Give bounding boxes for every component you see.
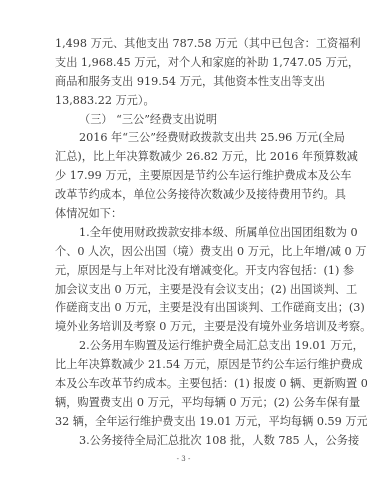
paragraph-start: 2.公务用车购置及运行维护费全局汇总支出 19.01 万元， xyxy=(55,337,315,356)
text-line: 比上年决算数减少 21.54 万元，原因是节约公车运行维护费成 xyxy=(55,356,315,375)
page-number: - 3 - xyxy=(0,455,367,463)
document-page: 1,498 万元、其他支出 787.58 万元（其中已包含：工资福利 支出 1,… xyxy=(0,0,367,500)
text-line: 32 辆，全年运行维护费支出 19.01 万元，平均每辆 0.59 万元。 xyxy=(55,413,315,432)
text-line: 作磋商支出 0 万元，主要是没有出国谈判、工作磋商支出；(3) xyxy=(55,299,315,318)
text-line: 改革节约成本，单位公务接待次数减少及接待费用节约。具 xyxy=(55,186,315,205)
text-line: 支出 1,968.45 万元，对个人和家庭的补助 1,747.05 万元， xyxy=(55,54,315,73)
text-line: 体情况如下： xyxy=(55,205,315,224)
text-line: 13,883.22 万元）。 xyxy=(55,92,315,111)
text-line: 辆，购置费支出 0 万元，平均每辆 0 万元；(2) 公务车保有量 xyxy=(55,394,315,413)
text-line: 商品和服务支出 919.54 万元，其他资本性支出等支出 xyxy=(55,73,315,92)
paragraph-start: 2016 年“三公”经费财政拨款支出共 25.96 万元(全局 xyxy=(55,129,315,148)
paragraph-start: 1.全年使用财政拨款安排本级、所属单位出国团组数为 0 xyxy=(55,224,315,243)
text-line: 汇总)，比上年决算数减少 26.82 万元，比 2016 年预算数减 xyxy=(55,148,315,167)
text-line: 境外业务培训及考察 0 万元，主要是没有境外业务培训及考察。 xyxy=(55,318,315,337)
text-line: 个、0 人次，因公出国（境）费支出 0 万元，比上年增/减 0 万 xyxy=(55,243,315,262)
text-line: 元，原因是与上年对比没有增减变化。开支内容包括：(1) 参 xyxy=(55,262,315,281)
text-line: 1,498 万元、其他支出 787.58 万元（其中已包含：工资福利 xyxy=(55,35,315,54)
text-line: 加会议支出 0 万元，主要是没有会议支出；(2) 出国谈判、工 xyxy=(55,281,315,300)
text-line: 少 17.99 万元，主要原因是节约公车运行维护费成本及公车 xyxy=(55,167,315,186)
text-line: 本及公车改革节约成本。主要包括：(1) 报废 0 辆、更新购置 0 xyxy=(55,375,315,394)
body-text: 1,498 万元、其他支出 787.58 万元（其中已包含：工资福利 支出 1,… xyxy=(55,35,315,451)
paragraph-start: 3.公务接待全局汇总批次 108 批，人数 785 人，公务接 xyxy=(55,432,315,451)
section-heading: （三） “三公”经费支出说明 xyxy=(55,111,315,130)
